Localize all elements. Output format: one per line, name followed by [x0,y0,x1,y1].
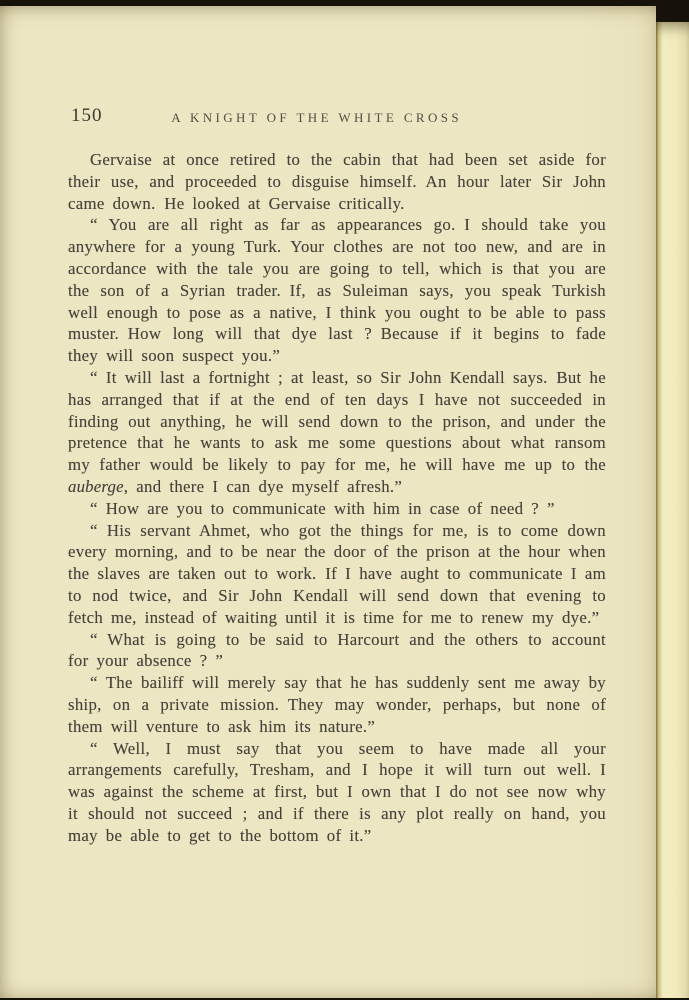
paragraph: “ You are all right as far as appearance… [68,214,606,367]
text-segment: “ What is going to be said to Harcourt a… [68,630,606,671]
running-head: 150 A KNIGHT OF THE WHITE CROSS [68,105,606,127]
page-number: 150 [71,105,103,127]
paragraph: Gervaise at once retired to the cabin th… [68,149,606,214]
paragraph: “ Well, I must say that you seem to have… [68,738,606,847]
text-segment: “ The bailiff will merely say that he ha… [68,673,606,736]
text-segment: Gervaise at once retired to the cabin th… [68,150,606,213]
text-segment: “ His servant Ahmet, who got the things … [68,521,606,627]
book-scan: 150 A KNIGHT OF THE WHITE CROSS Gervaise… [0,0,689,1000]
text-segment: “ You are all right as far as appearance… [68,215,606,365]
paragraph: “ It will last a fortnight ; at least, s… [68,367,606,498]
book-page: 150 A KNIGHT OF THE WHITE CROSS Gervaise… [0,6,656,998]
running-title: A KNIGHT OF THE WHITE CROSS [171,110,462,126]
italic-text: auberge [68,477,124,496]
paragraph: “ How are you to communicate with him in… [68,498,606,520]
page-text: Gervaise at once retired to the cabin th… [68,149,606,847]
paragraph: “ His servant Ahmet, who got the things … [68,520,606,629]
text-segment: “ Well, I must say that you seem to have… [68,739,606,845]
text-segment: “ How are you to communicate with him in… [90,499,555,518]
paragraph: “ The bailiff will merely say that he ha… [68,672,606,737]
page-fore-edge [656,22,689,998]
text-segment: , and there I can dye myself afresh.” [124,477,402,496]
text-column: 150 A KNIGHT OF THE WHITE CROSS Gervaise… [68,105,606,847]
paragraph: “ What is going to be said to Harcourt a… [68,629,606,673]
text-segment: “ It will last a fortnight ; at least, s… [68,368,606,474]
